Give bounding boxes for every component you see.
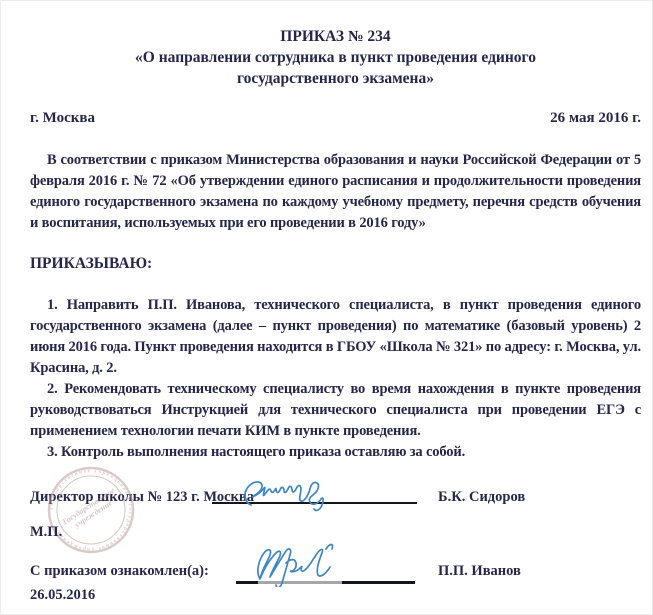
signature-block: Директор школы № 123 г. Москва Б.К. Сидо… [0,489,653,615]
dateline: г. Москва 26 мая 2016 г. [30,108,641,129]
dateline-city: г. Москва [30,108,95,129]
director-name: Б.К. Сидоров [438,490,525,505]
intro-paragraph: В соответствии с приказом Министерства о… [30,150,641,234]
director-signature-icon [238,472,343,517]
acknowledgement-date: 26.05.2016 [30,588,95,603]
dateline-date: 26 мая 2016 г. [550,108,641,129]
document-title-block: ПРИКАЗ № 234 «О направлении сотрудника в… [30,26,641,89]
order-item-2: 2. Рекомендовать техническому специалист… [30,379,641,442]
order-title: ПРИКАЗ № 234 [30,26,641,47]
order-document-page: ПРИКАЗ № 234 «О направлении сотрудника в… [0,0,653,615]
acknowledgement-name: П.П. Иванов [438,564,521,579]
seal-place-mark: М.П. [30,525,62,540]
round-stamp-icon: Государственное учреждение • Государстве… [46,465,136,555]
order-items: 1. Направить П.П. Иванова, технического … [30,295,641,463]
order-subtitle-line-2: государственного экзамена» [30,68,641,89]
order-item-1: 1. Направить П.П. Иванова, технического … [30,295,641,379]
acknowledgement-label: С приказом ознакомлен(а): [30,564,209,579]
order-heading: ПРИКАЗЫВАЮ: [30,253,641,274]
document-content: ПРИКАЗ № 234 «О направлении сотрудника в… [0,0,653,463]
order-item-3: 3. Контроль выполнения настоящего приказ… [30,442,641,463]
order-subtitle-line-1: «О направлении сотрудника в пункт провед… [30,47,641,68]
acknowledgement-signature-icon [252,539,342,587]
